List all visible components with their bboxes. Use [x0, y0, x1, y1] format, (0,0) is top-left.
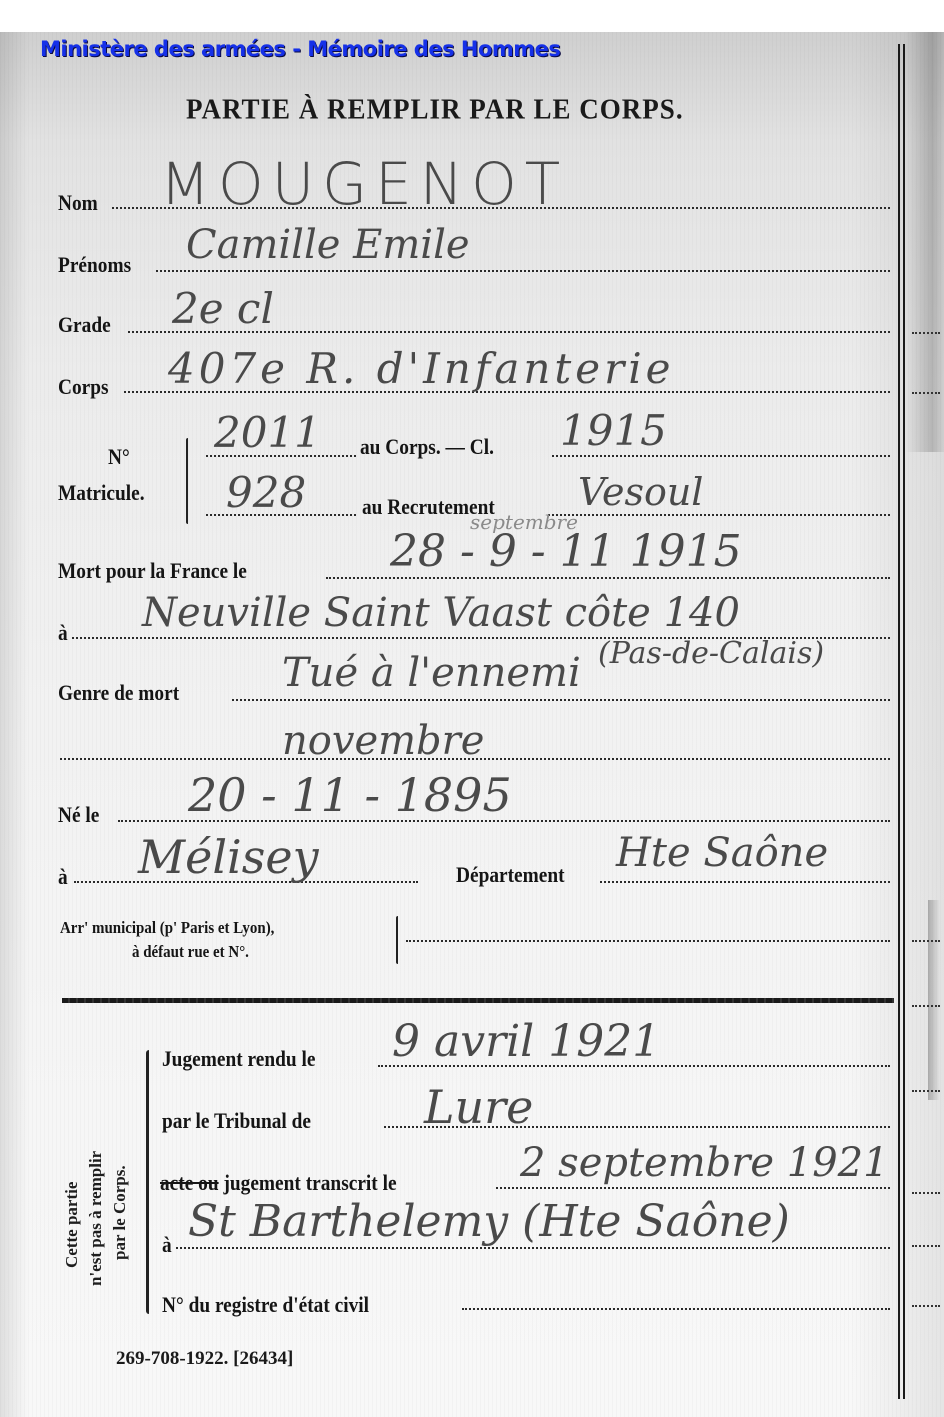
matricule-label-line2: Matricule.	[58, 480, 145, 506]
jugement-rendu-label: Jugement rendu le	[162, 1046, 315, 1072]
struck-text: acte ou	[160, 1170, 219, 1195]
corps-value: 407e R. d'Infanterie	[168, 344, 675, 393]
arrondissement-brace	[396, 916, 398, 964]
tribunal-label: par le Tribunal de	[162, 1108, 311, 1134]
side-note-line1: Cette partie	[62, 1182, 82, 1268]
form-title: PARTIE À REMPLIR PAR LE CORPS.	[186, 93, 684, 126]
lieu-transcription-value: St Barthelemy (Hte Saône)	[188, 1196, 790, 1247]
grade-label: Grade	[58, 312, 111, 338]
arrondissement-label-line1: Arr' municipal (p' Paris et Lyon),	[60, 918, 274, 938]
ne-le-value: 20 - 11 - 1895	[188, 768, 512, 822]
lieu-deces-value: Neuville Saint Vaast côte 140	[142, 590, 740, 636]
lower-section-brace	[146, 1050, 149, 1314]
section-divider	[62, 998, 894, 1003]
genre-de-mort-label: Genre de mort	[58, 680, 179, 706]
margin-dotted-line	[912, 940, 940, 942]
transcrit-value: 2 septembre 1921	[520, 1140, 889, 1186]
margin-dotted-line	[912, 1192, 940, 1194]
lieu-naissance-value: Mélisey	[138, 830, 319, 884]
prenoms-label: Prénoms	[58, 252, 131, 278]
recrutement-value: Vesoul	[578, 470, 703, 514]
registre-dotted-line	[462, 1308, 890, 1310]
mort-label: Mort pour la France le	[58, 558, 247, 584]
margin-dotted-line	[912, 1005, 940, 1007]
lieu-transcription-label: à	[162, 1232, 172, 1258]
au-corps-label: au Corps. — Cl.	[360, 434, 494, 460]
classe-value: 1915	[560, 406, 667, 455]
page-edge-shadow	[928, 900, 940, 1100]
mort-dotted-line	[326, 577, 890, 579]
border-rule-right	[903, 44, 905, 1399]
matricule-recrutement-value: 928	[226, 468, 306, 517]
grade-value: 2e cl	[172, 284, 274, 333]
nom-value: MOUGENOT	[160, 150, 568, 218]
lieu-naissance-label: à	[58, 864, 68, 890]
matricule-corps-value: 2011	[214, 408, 321, 457]
ne-le-label: Né le	[58, 802, 99, 828]
matricule-label-line1: N°	[108, 444, 130, 470]
transcrit-label: acte ou jugement transcrit le	[160, 1170, 397, 1196]
side-note-line2: n'est pas à remplir	[86, 1151, 106, 1286]
nom-label: Nom	[58, 190, 98, 216]
margin-dotted-line	[912, 1305, 940, 1307]
prenoms-dotted-line	[156, 270, 890, 272]
mort-value: 28 - 9 - 11 1915	[390, 526, 742, 577]
departement-dotted-line	[600, 881, 890, 883]
lieu-deces-value-line2: (Pas-de-Calais)	[598, 636, 824, 671]
watermark: Ministère des armées - Mémoire des Homme…	[40, 37, 560, 61]
lieu-transcription-dotted-line	[176, 1247, 890, 1249]
genre-de-mort-dotted-line	[232, 699, 890, 701]
tribunal-value: Lure	[424, 1080, 533, 1134]
page-edge-shadow	[905, 32, 944, 452]
transcrit-dotted-line	[496, 1187, 890, 1189]
departement-value: Hte Saône	[616, 830, 828, 876]
border-rule-left	[898, 44, 900, 1399]
margin-dotted-line	[912, 332, 940, 334]
transcrit-label-text: jugement transcrit le	[223, 1170, 396, 1195]
margin-dotted-line	[912, 1090, 940, 1092]
genre-de-mort-value: Tué à l'ennemi	[282, 650, 581, 696]
margin-dotted-line	[912, 1245, 940, 1247]
side-note: Cette partie n'est pas à remplir par le …	[60, 1090, 150, 1270]
classe-dotted-line	[552, 455, 890, 457]
departement-label: Département	[456, 862, 565, 888]
prenoms-value: Camille Emile	[186, 222, 470, 268]
arrondissement-dotted-line	[406, 940, 890, 942]
lieu-deces-label: à	[58, 620, 68, 646]
recrutement-dotted-line	[548, 514, 890, 516]
registre-label: N° du registre d'état civil	[162, 1292, 369, 1318]
extra-line-value: novembre	[282, 718, 484, 764]
side-note-line3: par le Corps.	[110, 1165, 130, 1260]
jugement-rendu-value: 9 avril 1921	[392, 1016, 660, 1067]
arrondissement-label-line2: à défaut rue et N°.	[132, 942, 249, 962]
form-reference-number: 269-708-1922. [26434]	[116, 1348, 293, 1370]
matricule-brace	[186, 438, 188, 524]
margin-dotted-line	[912, 392, 940, 394]
corps-label: Corps	[58, 374, 109, 400]
